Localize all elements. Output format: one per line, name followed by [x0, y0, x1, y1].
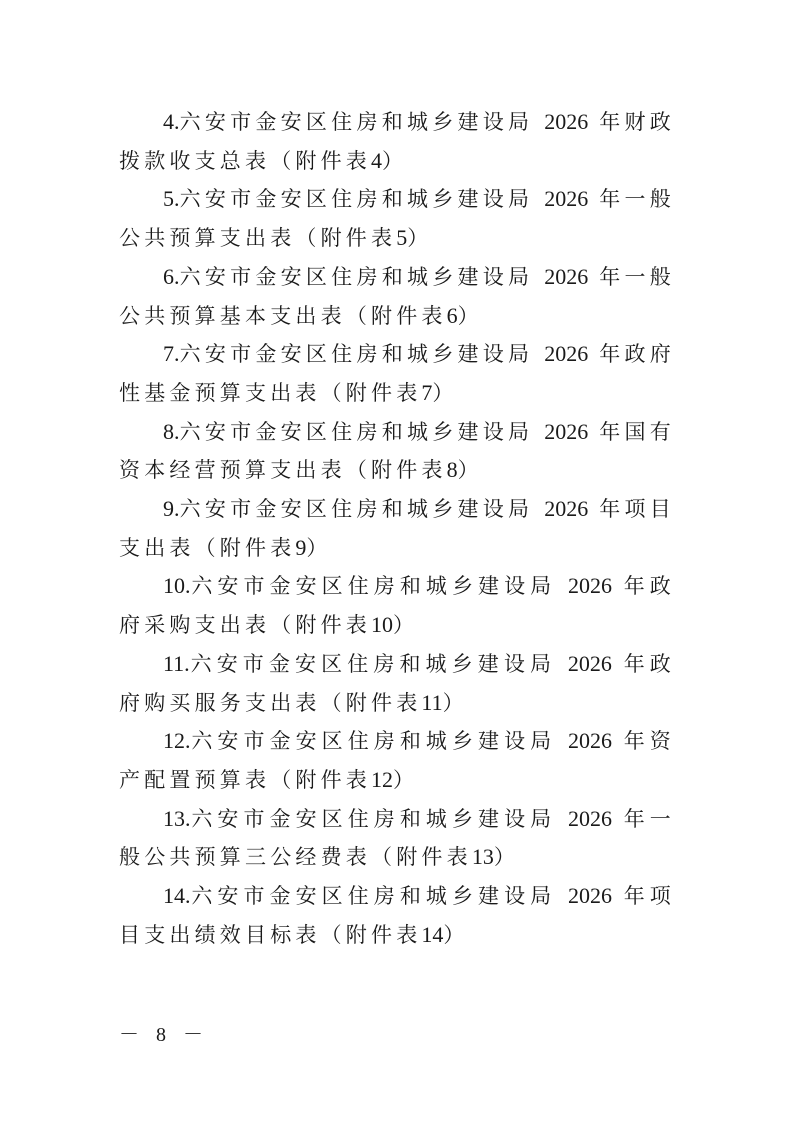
item-ref-number: 9: [295, 535, 306, 560]
item-ref-number: 8: [447, 457, 458, 482]
list-item-14: 14.六安市金安区住房和城乡建设局 2026 年项目支出绩效目标表（附件表14）: [119, 877, 675, 954]
item-year: 2026: [544, 496, 588, 521]
page-number: － 8 －: [119, 1018, 209, 1047]
item-year: 2026: [544, 264, 588, 289]
item-ref-prefix: （附件表: [321, 691, 422, 715]
item-number: 5.: [163, 186, 180, 211]
item-ref-suffix: ）: [458, 304, 483, 328]
item-year: 2026: [544, 419, 588, 444]
item-number: 8.: [163, 419, 180, 444]
item-ref-number: 11: [421, 690, 442, 715]
item-year: 2026: [568, 573, 612, 598]
item-number: 6.: [163, 264, 180, 289]
item-ref-number: 10: [371, 612, 393, 637]
item-ref-prefix: （附件表: [321, 923, 422, 947]
list-item-8: 8.六安市金安区住房和城乡建设局 2026 年国有资本经营预算支出表（附件表8）: [119, 413, 675, 490]
item-ref-prefix: （附件表: [270, 149, 371, 173]
item-ref-number: 5: [396, 225, 407, 250]
item-year: 2026: [568, 806, 612, 831]
item-ref-suffix: ）: [443, 923, 468, 947]
document-page: 4.六安市金安区住房和城乡建设局 2026 年财政拨款收支总表（附件表4） 5.…: [0, 0, 793, 1122]
item-ref-number: 4: [371, 148, 382, 173]
item-ref-suffix: ）: [393, 613, 418, 637]
item-org: 六安市金安区住房和城乡建设局: [190, 652, 556, 676]
item-ref-number: 14: [421, 922, 443, 947]
item-number: 13.: [163, 806, 191, 831]
item-ref-prefix: （附件表: [346, 304, 447, 328]
item-ref-prefix: （附件表: [195, 536, 296, 560]
item-number: 14.: [163, 883, 191, 908]
item-ref-prefix: （附件表: [270, 768, 371, 792]
item-ref-prefix: （附件表: [346, 458, 447, 482]
item-year: 2026: [568, 728, 612, 753]
item-year: 2026: [544, 186, 588, 211]
item-ref-suffix: ）: [407, 226, 432, 250]
item-ref-suffix: ）: [382, 149, 407, 173]
item-org: 六安市金安区住房和城乡建设局: [191, 884, 557, 908]
attachment-list: 4.六安市金安区住房和城乡建设局 2026 年财政拨款收支总表（附件表4） 5.…: [119, 103, 675, 954]
item-ref-prefix: （附件表: [295, 226, 396, 250]
item-year: 2026: [544, 109, 588, 134]
item-ref-suffix: ）: [306, 536, 331, 560]
list-item-9: 9.六安市金安区住房和城乡建设局 2026 年项目支出表（附件表9）: [119, 490, 675, 567]
item-ref-number: 13: [472, 844, 494, 869]
item-org: 六安市金安区住房和城乡建设局: [180, 497, 534, 521]
item-number: 7.: [163, 341, 180, 366]
item-ref-suffix: ）: [494, 845, 519, 869]
item-ref-suffix: ）: [432, 381, 457, 405]
item-number: 10.: [163, 573, 191, 598]
item-org: 六安市金安区住房和城乡建设局: [180, 265, 534, 289]
item-year: 2026: [544, 341, 588, 366]
item-org: 六安市金安区住房和城乡建设局: [191, 729, 557, 753]
item-ref-prefix: （附件表: [270, 613, 371, 637]
item-ref-number: 12: [371, 767, 393, 792]
item-org: 六安市金安区住房和城乡建设局: [180, 420, 534, 444]
item-org: 六安市金安区住房和城乡建设局: [180, 110, 534, 134]
list-item-11: 11.六安市金安区住房和城乡建设局 2026 年政府购买服务支出表（附件表11）: [119, 645, 675, 722]
item-ref-suffix: ）: [443, 691, 468, 715]
item-ref-number: 6: [447, 303, 458, 328]
item-number: 11.: [163, 651, 190, 676]
item-year: 2026: [568, 883, 612, 908]
list-item-5: 5.六安市金安区住房和城乡建设局 2026 年一般公共预算支出表（附件表5）: [119, 180, 675, 257]
item-ref-number: 7: [421, 380, 432, 405]
item-year: 2026: [568, 651, 612, 676]
item-ref-suffix: ）: [458, 458, 483, 482]
item-number: 12.: [163, 728, 191, 753]
item-org: 六安市金安区住房和城乡建设局: [191, 574, 557, 598]
list-item-10: 10.六安市金安区住房和城乡建设局 2026 年政府采购支出表（附件表10）: [119, 567, 675, 644]
list-item-12: 12.六安市金安区住房和城乡建设局 2026 年资产配置预算表（附件表12）: [119, 722, 675, 799]
item-number: 9.: [163, 496, 180, 521]
list-item-4: 4.六安市金安区住房和城乡建设局 2026 年财政拨款收支总表（附件表4）: [119, 103, 675, 180]
item-number: 4.: [163, 109, 180, 134]
item-ref-suffix: ）: [393, 768, 418, 792]
list-item-6: 6.六安市金安区住房和城乡建设局 2026 年一般公共预算基本支出表（附件表6）: [119, 258, 675, 335]
item-ref-prefix: （附件表: [321, 381, 422, 405]
list-item-7: 7.六安市金安区住房和城乡建设局 2026 年政府性基金预算支出表（附件表7）: [119, 335, 675, 412]
list-item-13: 13.六安市金安区住房和城乡建设局 2026 年一般公共预算三公经费表（附件表1…: [119, 800, 675, 877]
item-org: 六安市金安区住房和城乡建设局: [191, 807, 557, 831]
item-org: 六安市金安区住房和城乡建设局: [180, 342, 534, 366]
item-ref-prefix: （附件表: [371, 845, 472, 869]
item-org: 六安市金安区住房和城乡建设局: [180, 187, 534, 211]
